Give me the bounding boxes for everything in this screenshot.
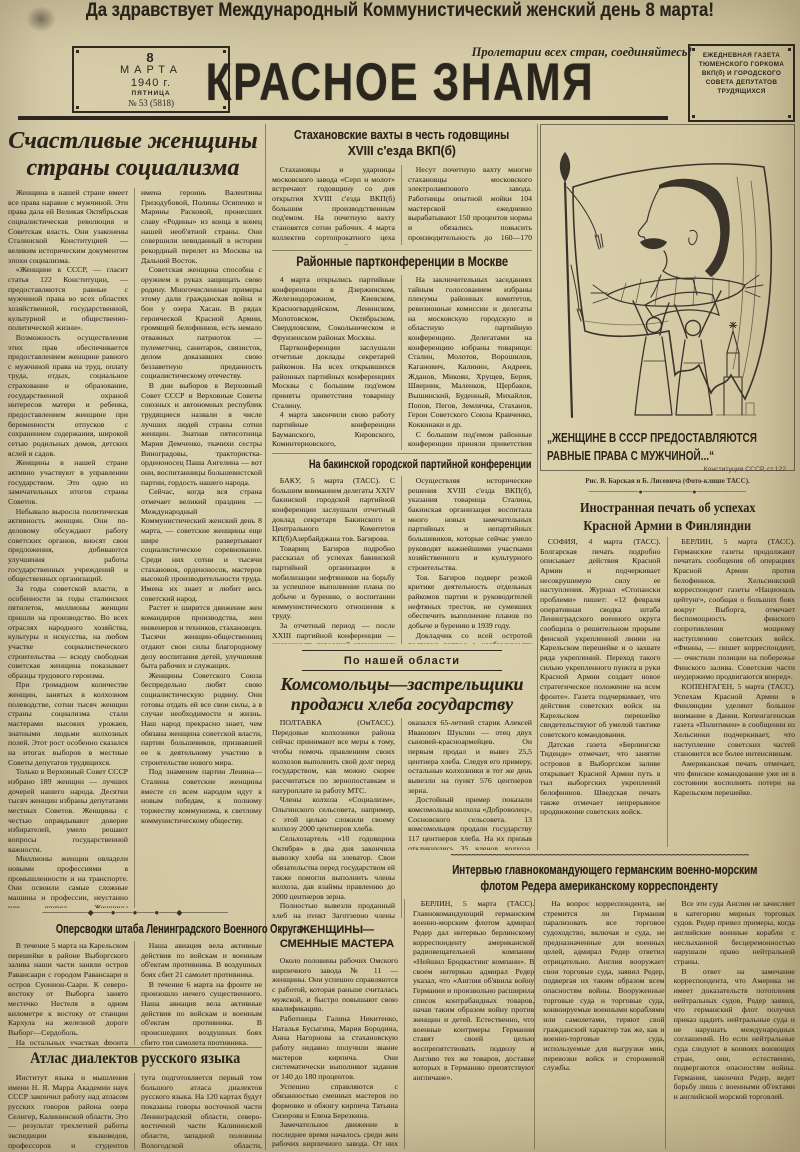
info-box: ЕЖЕДНЕВНАЯ ГАЗЕТА ТЮМЕНСКОГО ГОРКОМА ВКП… bbox=[688, 44, 795, 122]
stalin-illustration bbox=[541, 125, 794, 421]
caption-source: Конституция СССР, ст.122 bbox=[541, 465, 794, 474]
opersvodki-body: В течение 5 марта на Карельском перешейк… bbox=[8, 941, 262, 1045]
stakhanov-col2: Несут почетную вахту многие стахановцы м… bbox=[402, 165, 532, 245]
komsomol-col2: оказался 65-летний старик Алексей Иванов… bbox=[402, 718, 532, 850]
diamond-divider: ────────◆───●───●───●───◆──────── bbox=[8, 908, 262, 918]
baku-col1: БАКУ, 5 марта (ТАСС). С большим внимание… bbox=[272, 476, 402, 644]
column-rule-right bbox=[537, 124, 538, 850]
moscow-headline: Районные партконференции в Москве bbox=[272, 254, 532, 269]
atlas-col1: Институт языка и мышления имени Н. Я. Ма… bbox=[8, 1073, 135, 1150]
baku-col2: Осуществляя исторические решения XVIII с… bbox=[402, 476, 532, 644]
stakhanov-body: Стахановцы и ударницы московского завода… bbox=[272, 165, 532, 245]
komsomol-col1: ПОЛТАВКА (ОмТАСС). Передовые колхозники … bbox=[272, 718, 402, 918]
illustration-credit: Рис. В. Барская и Б. Лисевича (Фото-клиш… bbox=[540, 477, 795, 486]
happy-women-col2: имена героинь Валентины Гризодубовой, По… bbox=[135, 188, 262, 908]
opersvodki-col1: В течение 5 марта на Карельском перешейк… bbox=[8, 941, 135, 1045]
happy-women-title-line2: страны социализма bbox=[4, 155, 262, 182]
illustration-frame: „ЖЕНЩИНЕ В СССР ПРЕДОСТАВЛЯЮТСЯ РАВНЫЕ П… bbox=[540, 124, 795, 471]
foreign-press-col1: СОФИЯ, 4 марта (ТАСС). Болгарская печать… bbox=[540, 537, 668, 847]
interview-body: БЕРЛИН, 5 марта (ТАСС). Главнокомандующи… bbox=[404, 899, 795, 1149]
moscow-col2: На заключительных заседаниях тайным голо… bbox=[402, 275, 532, 450]
baku-body: БАКУ, 5 марта (ТАСС). С большим внимание… bbox=[272, 476, 532, 644]
women-figures bbox=[633, 291, 721, 415]
atlas-headline: Атлас диалектов русского языка bbox=[8, 1050, 262, 1068]
oblast-label: По нашей области bbox=[344, 655, 460, 667]
masthead-rule bbox=[18, 116, 668, 120]
moscow-body: 4 марта открылись партийные конференции … bbox=[272, 275, 532, 450]
illustration-caption: „ЖЕНЩИНЕ В СССР ПРЕДОСТАВЛЯЮТСЯ РАВНЫЕ П… bbox=[541, 426, 794, 465]
interview-col2: На вопрос корреспондента, не стремится л… bbox=[534, 899, 664, 1149]
paper-title-row: КРАСНОЕ ЗНАМЯ bbox=[110, 57, 690, 109]
stakhanov-headline: Стахановские вахты в честь годовщины XVI… bbox=[272, 127, 532, 159]
wavy-divider: ~~~~~~~~~~~~~~~~~~~~~~~~~~~~~~~~~~~~~~~~… bbox=[404, 851, 795, 859]
happy-women-col1: Женщина в нашей стране имеет все права н… bbox=[8, 188, 135, 908]
komsomol-headline: Комсомольцы—застрельщики продажи хлеба г… bbox=[272, 675, 532, 714]
kremlin-tower-icon bbox=[716, 322, 756, 415]
oblast-box: По нашей области bbox=[302, 650, 502, 671]
atlas-top-rule bbox=[8, 1047, 262, 1048]
banner-slogan: Да здравствует Международный Коммунистич… bbox=[86, 0, 714, 22]
moscow-top-rule bbox=[272, 250, 532, 251]
newspaper-page: Да здравствует Международный Коммунистич… bbox=[0, 0, 800, 1152]
women-masters-body: Около половины рабочих Омского кирпичног… bbox=[272, 956, 398, 1150]
atlas-col2: тута подготовляется первый том большого … bbox=[135, 1073, 262, 1150]
baku-headline: На бакинской городской партийной конфере… bbox=[272, 457, 532, 471]
women-masters-headline: ЖЕНЩИНЫ— СМЕННЫЕ МАСТЕРА bbox=[272, 924, 402, 951]
atlas-body: Институт языка и мышления имени Н. Я. Ма… bbox=[8, 1073, 262, 1150]
foreign-press-col2: БЕРЛИН, 5 марта (ТАСС). Германские газет… bbox=[668, 537, 796, 847]
happy-women-body: Женщина в нашей стране имеет все права н… bbox=[8, 188, 262, 908]
moscow-col1: 4 марта открылись партийные конференции … bbox=[272, 275, 402, 450]
happy-women-title-line1: Счастливые женщины bbox=[4, 128, 262, 155]
paper-title: КРАСНОЕ ЗНАМЯ bbox=[206, 57, 595, 109]
happy-women-headline: Счастливые женщины страны социализма bbox=[4, 128, 262, 182]
info-box-text: ЕЖЕДНЕВНАЯ ГАЗЕТА ТЮМЕНСКОГО ГОРКОМА ВКП… bbox=[699, 52, 784, 95]
banner-flag bbox=[573, 164, 771, 399]
interview-title-line2: флотом Редера американскому корреспонден… bbox=[481, 878, 718, 893]
stalin-profile bbox=[638, 179, 729, 317]
interview-section: ~~~~~~~~~~~~~~~~~~~~~~~~~~~~~~~~~~~~~~~~… bbox=[404, 851, 795, 1150]
interview-col3: Все эти суда Англия не зачисляет в катег… bbox=[665, 899, 795, 1149]
banner-slogan-row: Да здравствует Международный Коммунистич… bbox=[0, 0, 800, 22]
column-rule-left bbox=[265, 124, 266, 1150]
ink-smudge bbox=[26, 6, 56, 32]
interview-title-line1: Интервью главнокомандующего германским в… bbox=[452, 862, 757, 877]
foreign-press-body: СОФИЯ, 4 марта (ТАСС). Болгарская печать… bbox=[540, 537, 795, 847]
stakhanov-col1: Стахановцы и ударницы московского завода… bbox=[272, 165, 402, 245]
foreign-press-headline: Иностранная печать об успехах Красной Ар… bbox=[540, 499, 795, 535]
baku-top-rule bbox=[272, 453, 532, 454]
wheat-sheaf bbox=[591, 275, 763, 306]
opersvodki-col2: Наша авиация вела активные действия по в… bbox=[135, 941, 262, 1045]
interview-col1: БЕРЛИН, 5 марта (ТАСС). Главнокомандующи… bbox=[404, 899, 534, 1149]
flagpole-icon bbox=[561, 153, 604, 417]
star-divider: ──────────●──────────●────────── bbox=[540, 488, 795, 497]
opersvodki-headline: Оперсводки штаба Ленинградского Военного… bbox=[8, 921, 262, 936]
